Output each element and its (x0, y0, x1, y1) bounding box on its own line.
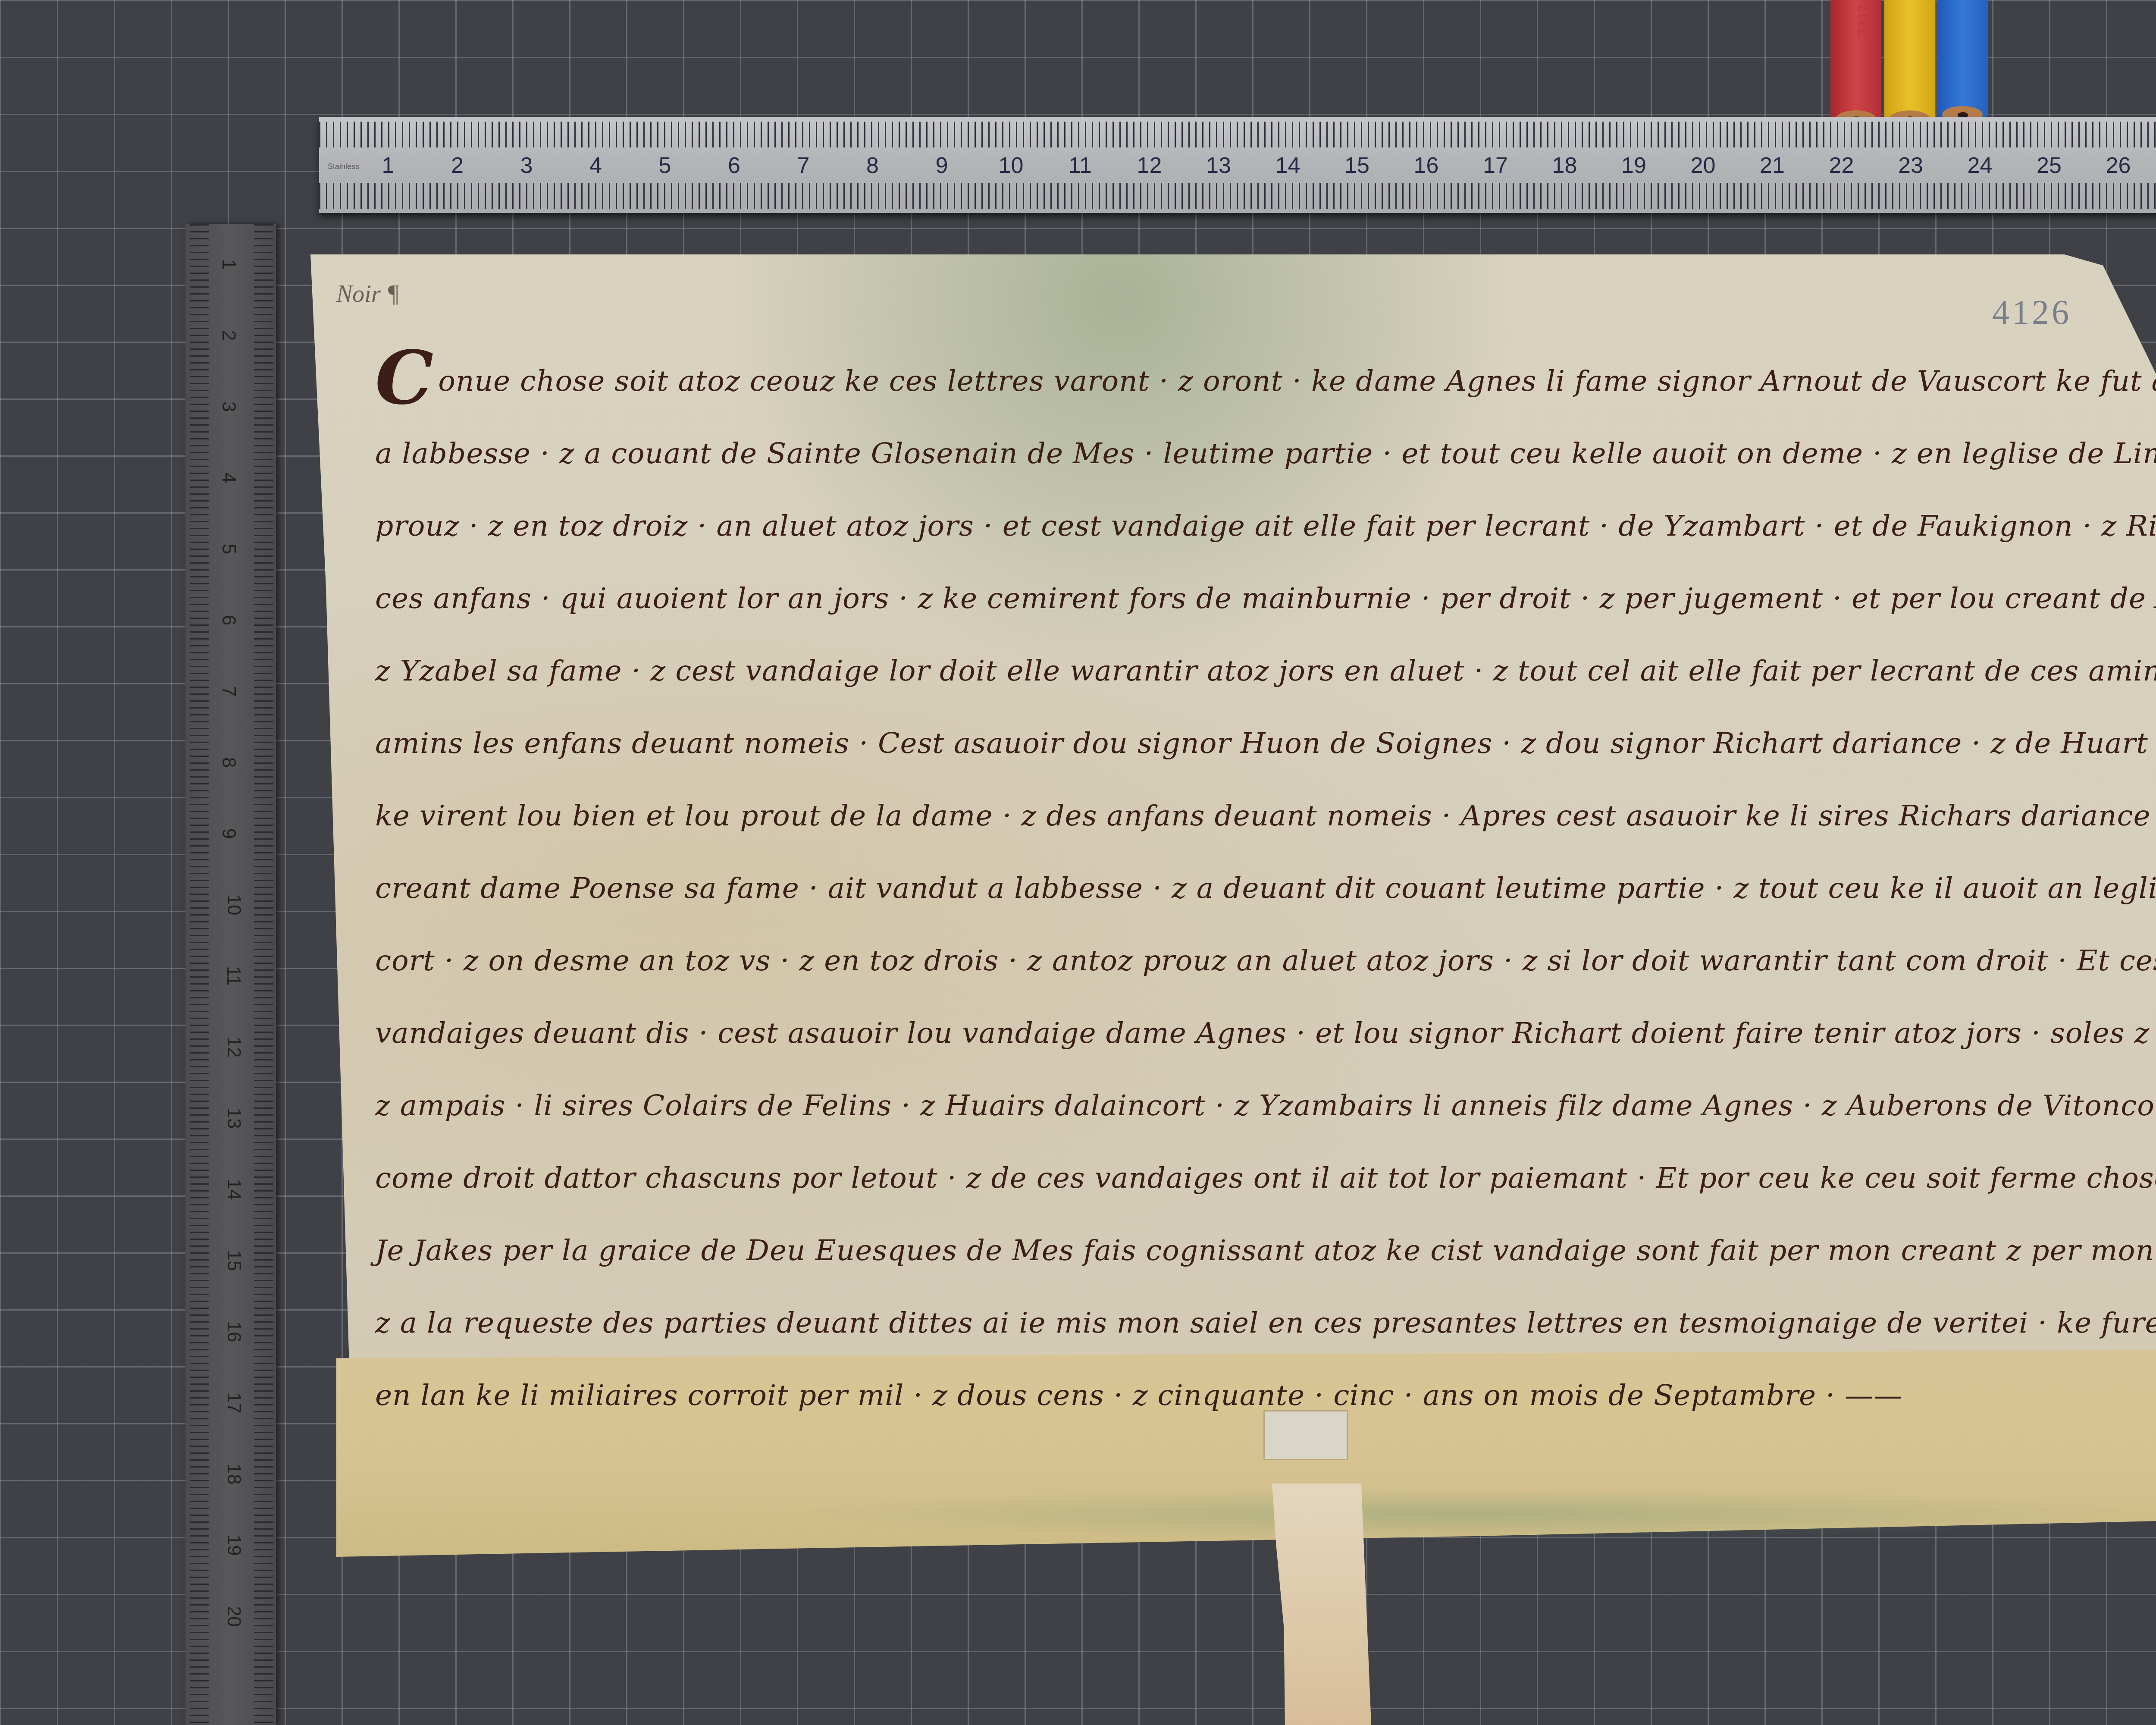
ruler-tick-label: 1 (218, 259, 239, 270)
red-pencil: 7317 (1830, 0, 1881, 125)
ruler-tick-label: 15 (223, 1250, 244, 1271)
yellow-pencil (1884, 0, 1935, 125)
ruler-tick-label: 3 (520, 153, 533, 179)
text-line: a labbesse · z a couant de Sainte Glosen… (375, 417, 2156, 490)
ruler-tick-label: 21 (1760, 153, 1785, 179)
ruler-tick-label: 5 (218, 544, 239, 554)
ruler-tick-label: 4 (218, 473, 239, 483)
ruler-material-label: Stainless (328, 162, 359, 171)
seal-tag-strip (1272, 1483, 1371, 1725)
shelfmark-note: Noir ¶ (336, 280, 399, 308)
ruler-tick-label: 12 (1137, 153, 1162, 179)
text-line: vandaiges deuant dis · cest asauoir lou … (375, 997, 2156, 1069)
ruler-tick-label: 11 (222, 966, 244, 986)
ruler-tick-label: 1 (382, 153, 395, 179)
ruler-tick-label: 13 (1206, 153, 1231, 179)
archive-number-stamp: 4126 (1992, 293, 2071, 332)
ruler-tick-label: 2 (218, 330, 239, 341)
ruler-ticks (319, 183, 2156, 209)
blue-pencil (1937, 0, 1988, 121)
charter-text: Conue chose soit atoz ceouz ke ces lettr… (375, 345, 2156, 1432)
text-line: ces anfans · qui auoient lor an jors · z… (375, 562, 2156, 635)
decorated-initial: C (375, 335, 434, 421)
ruler-tick-label: 9 (218, 828, 239, 839)
ruler-tick-label: 11 (1069, 153, 1092, 179)
ruler-tick-label: 14 (1275, 153, 1300, 179)
text-line: come droit dattor chascuns por letout · … (375, 1142, 2156, 1214)
ruler-tick-label: 17 (223, 1393, 244, 1414)
text-line: z a la requeste des parties deuant ditte… (375, 1287, 2156, 1359)
ruler-ticks (254, 224, 273, 1725)
ruler-tick-label: 20 (1691, 153, 1716, 179)
ruler-tick-label: 10 (223, 894, 244, 916)
ruler-tick-label: 9 (936, 153, 948, 179)
ruler-tick-label: 2 (451, 153, 464, 179)
text-line: prouz · z en toz droiz · an aluet atoz j… (375, 490, 2156, 562)
vertical-ruler: 1234567891011121314151617181920 (185, 224, 276, 1725)
text-line: Je Jakes per la graice de Deu Euesques d… (375, 1214, 2156, 1287)
ruler-tick-label: 24 (1968, 153, 1993, 179)
text-line: ke virent lou bien et lou prout de la da… (375, 780, 2156, 852)
ruler-tick-label: 16 (1414, 153, 1439, 179)
ruler-tick-label: 4 (589, 153, 602, 179)
ruler-tick-label: 7 (797, 153, 810, 179)
ruler-tick-label: 15 (1344, 153, 1369, 179)
ruler-tick-label: 19 (223, 1535, 244, 1556)
ruler-tick-label: 17 (1483, 153, 1508, 179)
ruler-tick-label: 16 (223, 1321, 244, 1342)
ruler-ticks (319, 122, 2156, 147)
ruler-tick-label: 8 (218, 757, 239, 768)
ruler-tick-label: 23 (1898, 153, 1923, 179)
ruler-tick-label: 19 (1621, 153, 1646, 179)
text-line: en lan ke li miliaires corroit per mil ·… (375, 1359, 2156, 1432)
ruler-tick-label: 7 (218, 686, 239, 696)
ruler-tick-label: 10 (999, 153, 1024, 179)
text-line: cort · z on desme an toz vs · z en toz d… (375, 925, 2156, 997)
ruler-tick-label: 6 (218, 615, 239, 625)
ruler-tick-label: 6 (728, 153, 740, 179)
horizontal-ruler: Stainless 123456789101112131415161718192… (319, 117, 2156, 213)
ruler-tick-label: 25 (2037, 153, 2062, 179)
ruler-tick-label: 12 (223, 1037, 244, 1058)
ruler-tick-label: 20 (223, 1606, 244, 1627)
text-line: Conue chose soit atoz ceouz ke ces lettr… (375, 345, 2156, 417)
pencil-label: 7317 (1856, 4, 1871, 35)
ruler-tick-label: 13 (223, 1108, 244, 1129)
text-line-content: onue chose soit atoz ceouz ke ces lettre… (438, 364, 2156, 398)
text-line: z Yzabel sa fame · z cest vandaige lor d… (375, 635, 2156, 707)
ruler-tick-label: 14 (223, 1179, 244, 1200)
text-line: z ampais · li sires Colairs de Felins · … (375, 1069, 2156, 1142)
ruler-tick-label: 5 (659, 153, 671, 179)
stain (776, 1488, 2156, 1540)
text-line: amins les enfans deuant nomeis · Cest as… (375, 707, 2156, 780)
text-line: creant dame Poense sa fame · ait vandut … (375, 852, 2156, 925)
ruler-tick-label: 18 (223, 1464, 244, 1485)
ruler-tick-label: 8 (866, 153, 879, 179)
ruler-ticks (190, 224, 209, 1725)
ruler-tick-label: 22 (1829, 153, 1854, 179)
ruler-tick-label: 26 (2106, 153, 2131, 179)
ruler-tick-label: 18 (1552, 153, 1577, 179)
ruler-tick-label: 3 (218, 401, 239, 412)
